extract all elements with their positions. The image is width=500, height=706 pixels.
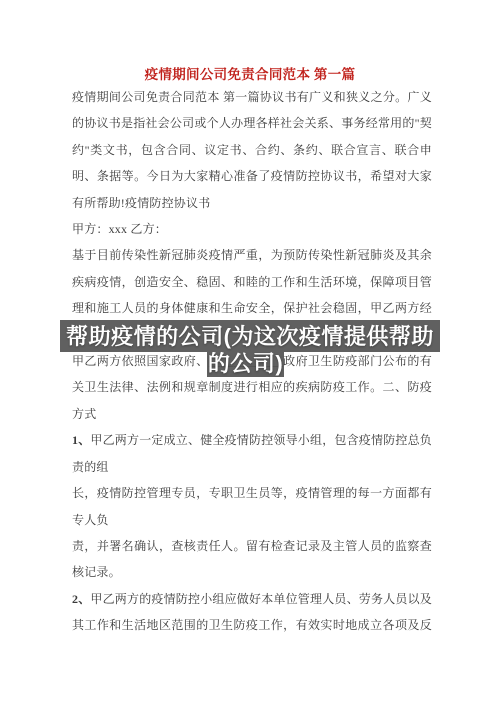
document-title: 疫情期间公司免责合同范本 第一篇: [0, 63, 500, 83]
body-line: 1、甲乙两方一定成立、健全疫情防控领导小组，包含疫情防控总负: [72, 427, 432, 453]
body-line-number: 2、: [72, 592, 90, 606]
document-page: 疫情期间公司免责合同范本 第一篇 疫情期间公司免责合同范本 第一篇协议书有广义和…: [0, 0, 500, 706]
body-line: 疫情期间公司免责合同范本 第一篇协议书有广义和狭义之分。广义: [72, 84, 432, 110]
body-line: 有所帮助!疫情防控协议书: [72, 190, 432, 216]
body-line: 理和施工人员的身体健康和生命安全，保护社会稳固，甲乙两方经: [72, 295, 432, 321]
watermark-banner-line1: 帮助疫情的公司(为这次疫情提供帮助: [60, 320, 440, 352]
body-line: 专人负: [72, 507, 432, 533]
body-line: 关卫生法律、法例和规章制度进行相应的疾病防疫工作。二、防疫: [72, 374, 432, 400]
body-line: 的协议书是指社会公司或个人办理各样社会关系、事务经常用的"契: [72, 110, 432, 136]
body-line: 2、甲乙两方的疫情防控小组应做好本单位管理人员、劳务人员以及: [72, 586, 432, 612]
body-line: 约"类文书，包含合同、议定书、合约、条约、联合宣言、联合申: [72, 137, 432, 163]
body-line: 长，疫情防控管理专员，专职卫生员等，疫情管理的每一方面都有: [72, 480, 432, 506]
body-line-number: 1、: [72, 433, 90, 447]
body-line: 责，并署名确认，查核责任人。留有检查记录及主管人员的监察查: [72, 533, 432, 559]
watermark-banner-line2: 的公司): [207, 352, 284, 377]
body-line: 甲方：xxx 乙方：: [72, 216, 432, 242]
body-line: 责的组: [72, 454, 432, 480]
body-line: 方式: [72, 401, 432, 427]
body-line: 基于目前传染性新冠肺炎疫情严重，为预防传染性新冠肺炎及其余: [72, 242, 432, 268]
body-line: 其工作和生活地区范围的卫生防疫工作，有效实时地成立各项及反: [72, 612, 432, 638]
body-line: 明、条据等。今日为大家精心准备了疫情防控协议书，希望对大家: [72, 163, 432, 189]
body-line: 核记录。: [72, 559, 432, 585]
body-line: 疾病疫情，创造安全、稳固、和睦的工作和生活环境，保障项目管: [72, 269, 432, 295]
